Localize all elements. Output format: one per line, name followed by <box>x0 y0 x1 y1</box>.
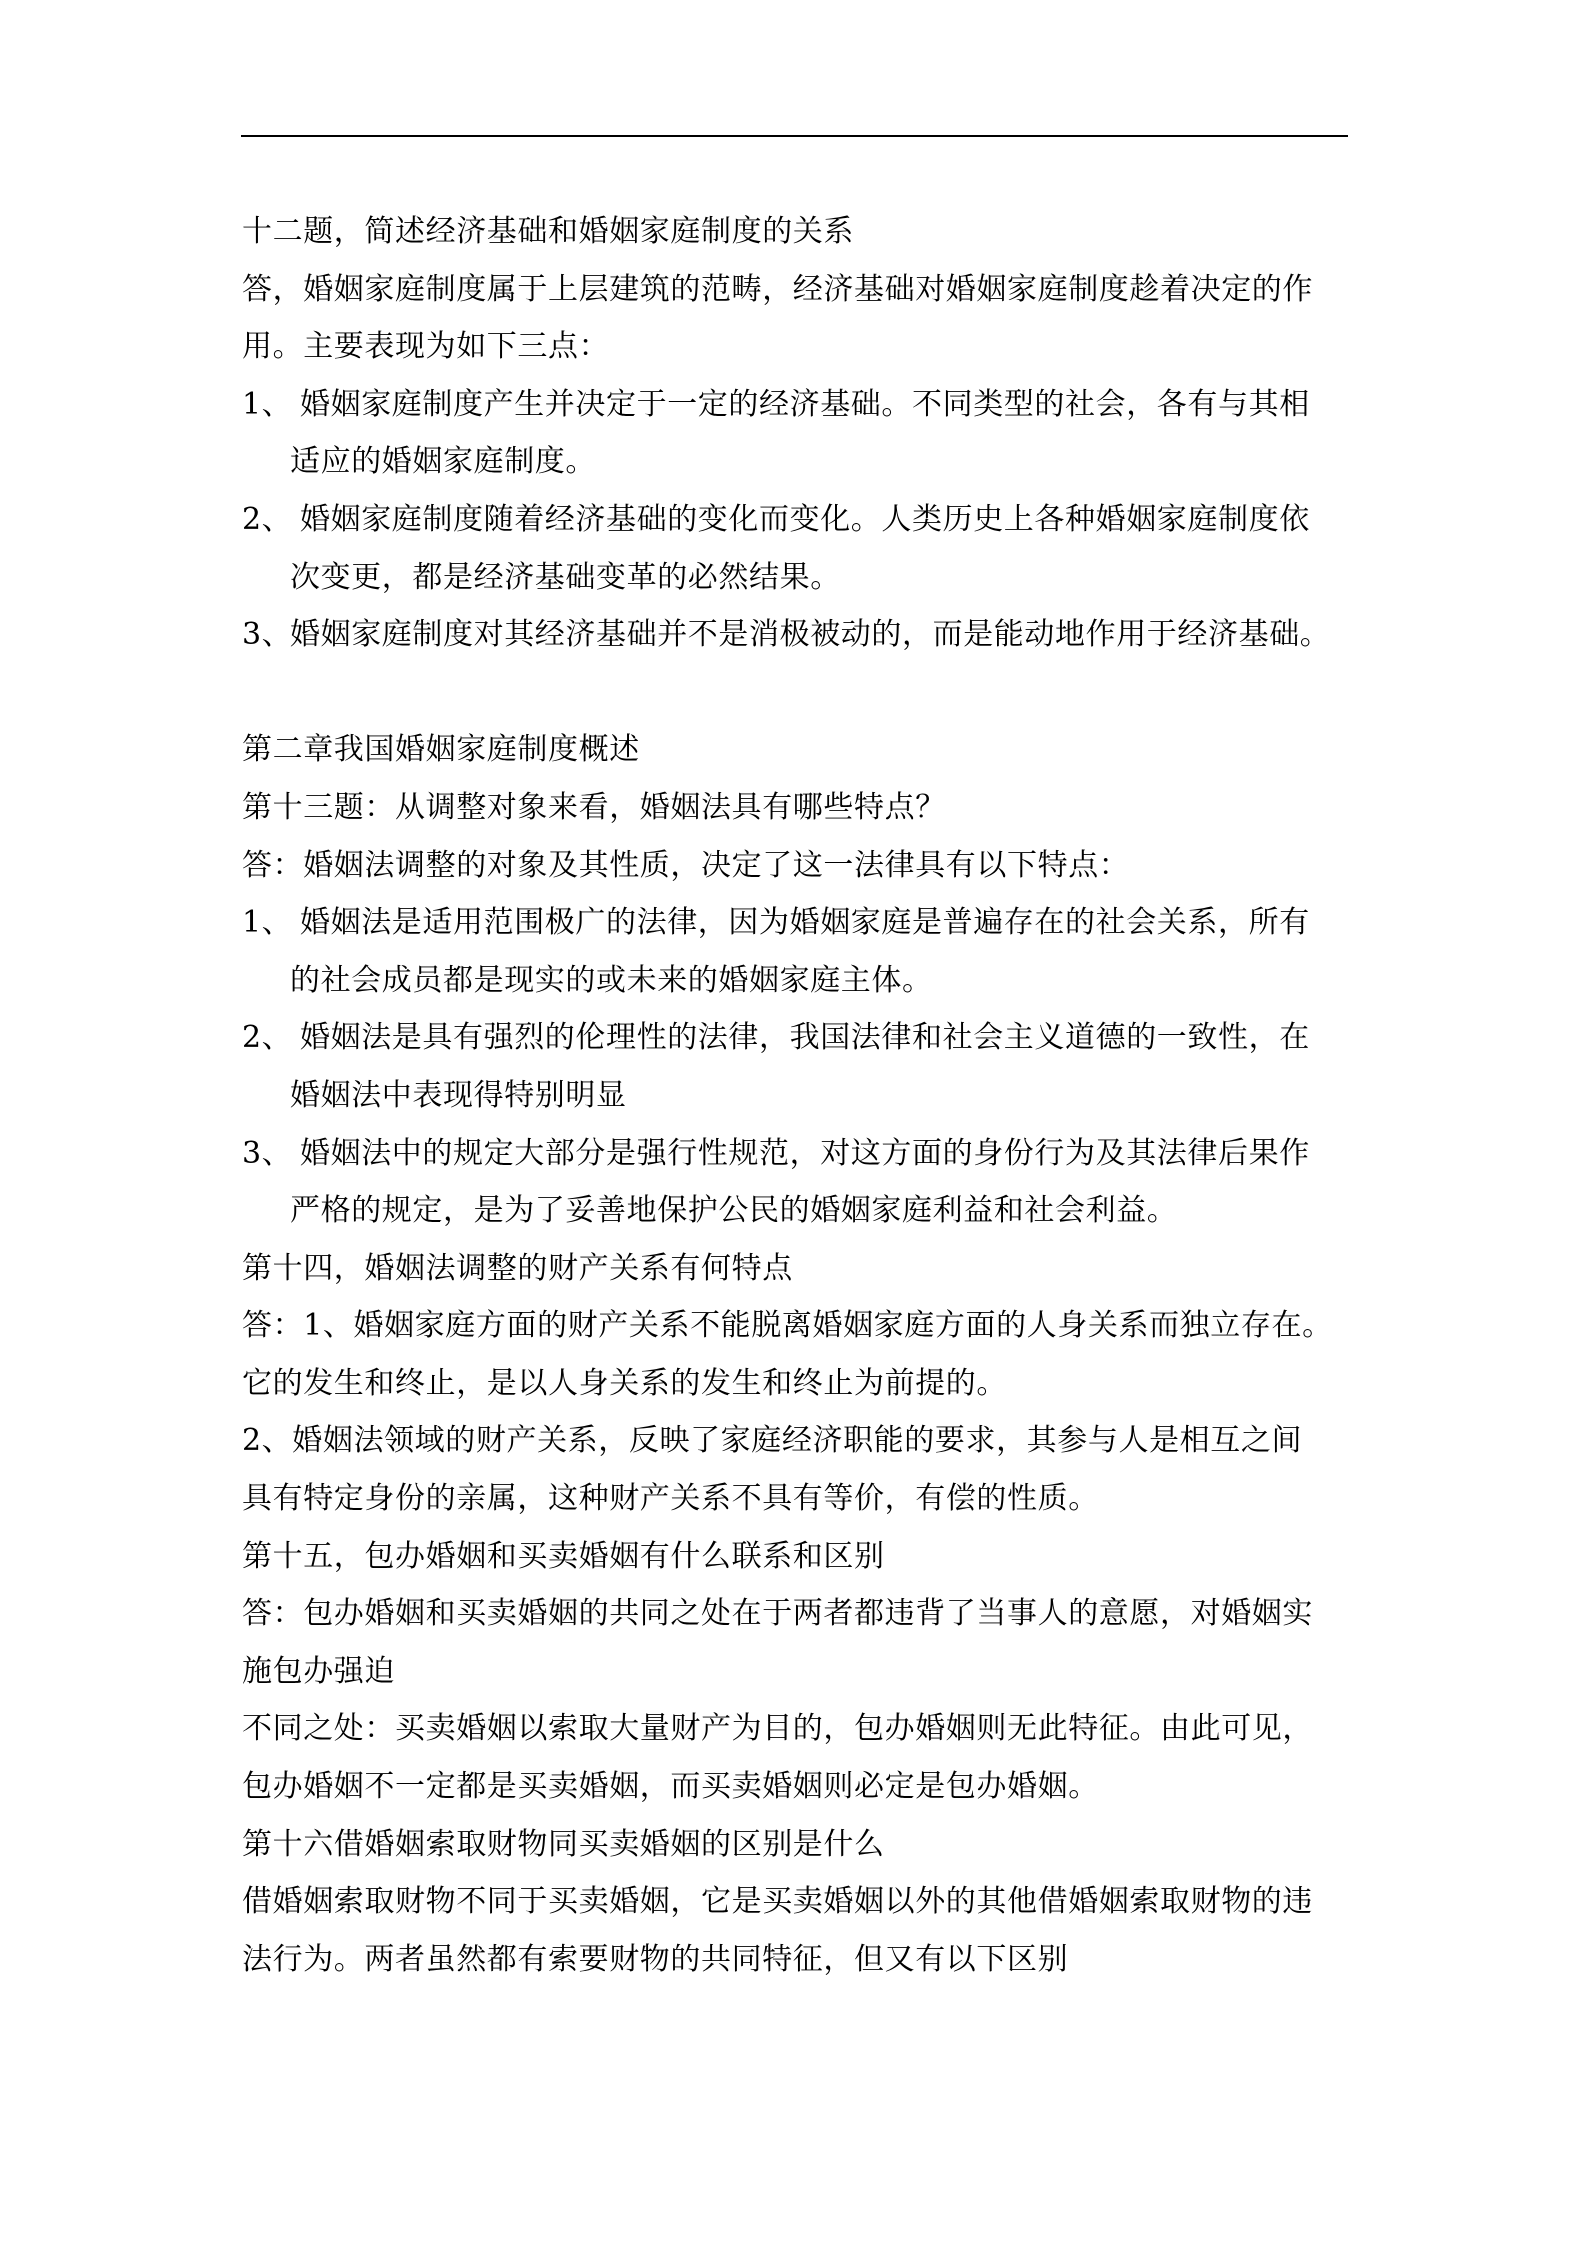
question-heading-15: 第十五，包办婚姻和买卖婚姻有什么联系和区别 <box>242 1537 1352 1595</box>
list-number: 1、 <box>242 903 300 943</box>
list-number: 2、 <box>242 500 300 540</box>
list-item-3: 3、婚姻法中的规定大部分是强行性规范，对这方面的身份行为及其法律后果作 <box>242 1134 1352 1192</box>
list-number: 1、 <box>242 385 300 425</box>
document-body: 十二题，简述经济基础和婚姻家庭制度的关系 答，婚姻家庭制度属于上层建筑的范畴，经… <box>242 212 1352 1997</box>
list-item-continuation: 婚姻法中表现得特别明显 <box>242 1076 1352 1134</box>
blank-line <box>242 673 1352 731</box>
list-item-1: 1、婚姻家庭制度产生并决定于一定的经济基础。不同类型的社会，各有与其相 <box>242 385 1352 443</box>
answer-line: 答：婚姻法调整的对象及其性质，决定了这一法律具有以下特点： <box>242 846 1352 904</box>
list-number: 3、 <box>242 615 290 655</box>
answer-line: 用。主要表现为如下三点： <box>242 327 1352 385</box>
answer-line: 借婚姻索取财物不同于买卖婚姻，它是买卖婚姻以外的其他借婚姻索取财物的违 <box>242 1882 1352 1940</box>
list-item-continuation: 次变更，都是经济基础变革的必然结果。 <box>242 558 1352 616</box>
list-number: 2、 <box>242 1018 300 1058</box>
answer-line: 它的发生和终止，是以人身关系的发生和终止为前提的。 <box>242 1364 1352 1422</box>
document-page: 十二题，简述经济基础和婚姻家庭制度的关系 答，婚姻家庭制度属于上层建筑的范畴，经… <box>0 0 1587 2245</box>
answer-line: 2、婚姻法领域的财产关系，反映了家庭经济职能的要求，其参与人是相互之间 <box>242 1421 1352 1479</box>
list-item-text: 婚姻法是具有强烈的伦理性的法律，我国法律和社会主义道德的一致性，在 <box>300 1020 1310 1055</box>
list-item-text: 婚姻家庭制度随着经济基础的变化而变化。人类历史上各种婚姻家庭制度依 <box>300 502 1310 537</box>
list-item-continuation: 的社会成员都是现实的或未来的婚姻家庭主体。 <box>242 961 1352 1019</box>
answer-line: 施包办强迫 <box>242 1652 1352 1710</box>
list-item-text: 婚姻法是适用范围极广的法律，因为婚姻家庭是普遍存在的社会关系，所有 <box>300 905 1310 940</box>
list-item-3: 3、婚姻家庭制度对其经济基础并不是消极被动的，而是能动地作用于经济基础。 <box>242 615 1352 673</box>
question-heading-16: 第十六借婚姻索取财物同买卖婚姻的区别是什么 <box>242 1825 1352 1883</box>
list-item-text: 婚姻法中的规定大部分是强行性规范，对这方面的身份行为及其法律后果作 <box>300 1136 1310 1171</box>
list-item-text: 婚姻家庭制度对其经济基础并不是消极被动的，而是能动地作用于经济基础。 <box>290 617 1330 652</box>
answer-line: 答，婚姻家庭制度属于上层建筑的范畴，经济基础对婚姻家庭制度趁着决定的作 <box>242 270 1352 328</box>
list-item-2: 2、婚姻家庭制度随着经济基础的变化而变化。人类历史上各种婚姻家庭制度依 <box>242 500 1352 558</box>
question-heading-13: 第十三题：从调整对象来看，婚姻法具有哪些特点？ <box>242 788 1352 846</box>
list-item-1: 1、婚姻法是适用范围极广的法律，因为婚姻家庭是普遍存在的社会关系，所有 <box>242 903 1352 961</box>
list-item-continuation: 严格的规定，是为了妥善地保护公民的婚姻家庭利益和社会利益。 <box>242 1191 1352 1249</box>
header-rule <box>241 135 1348 137</box>
question-heading-14: 第十四，婚姻法调整的财产关系有何特点 <box>242 1249 1352 1307</box>
answer-line: 答：包办婚姻和买卖婚姻的共同之处在于两者都违背了当事人的意愿，对婚姻实 <box>242 1594 1352 1652</box>
list-item-2: 2、婚姻法是具有强烈的伦理性的法律，我国法律和社会主义道德的一致性，在 <box>242 1018 1352 1076</box>
question-heading-12: 十二题，简述经济基础和婚姻家庭制度的关系 <box>242 212 1352 270</box>
answer-line: 包办婚姻不一定都是买卖婚姻，而买卖婚姻则必定是包办婚姻。 <box>242 1767 1352 1825</box>
list-item-text: 婚姻家庭制度产生并决定于一定的经济基础。不同类型的社会，各有与其相 <box>300 387 1310 422</box>
list-number: 3、 <box>242 1134 300 1174</box>
list-item-continuation: 适应的婚姻家庭制度。 <box>242 442 1352 500</box>
chapter-title: 第二章我国婚姻家庭制度概述 <box>242 730 1352 788</box>
answer-line: 答：1、婚姻家庭方面的财产关系不能脱离婚姻家庭方面的人身关系而独立存在。 <box>242 1306 1352 1364</box>
answer-line: 法行为。两者虽然都有索要财物的共同特征，但又有以下区别 <box>242 1940 1352 1998</box>
answer-line: 不同之处：买卖婚姻以索取大量财产为目的，包办婚姻则无此特征。由此可见， <box>242 1709 1352 1767</box>
answer-line: 具有特定身份的亲属，这种财产关系不具有等价，有偿的性质。 <box>242 1479 1352 1537</box>
